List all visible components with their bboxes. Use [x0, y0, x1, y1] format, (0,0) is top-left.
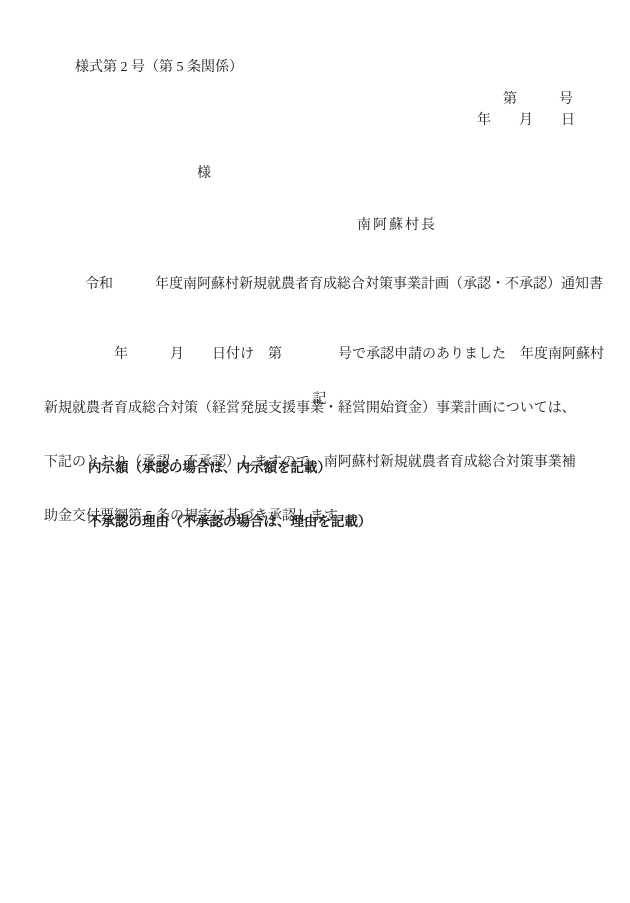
note-rejection-reason: 不承認の理由（不承認の場合は、理由を記載）	[88, 513, 372, 531]
document-title: 令和 年度南阿蘇村新規就農者育成総合対策事業計画（承認・不承認）通知書	[85, 277, 603, 292]
record-section-marker: 記	[44, 392, 595, 407]
document-page: 様式第 2 号（第 5 条関係） 第 号 年 月 日 様 南阿蘇村長 令和 年度…	[0, 0, 630, 903]
form-number-label: 様式第 2 号（第 5 条関係）	[75, 60, 243, 75]
addressee-suffix: 様	[197, 166, 211, 181]
note-approved-amount: 内示額（承認の場合は、内示額を記載）	[88, 459, 372, 477]
sender-name: 南阿蘇村長	[357, 218, 437, 233]
date-blank: 年 月 日	[477, 113, 575, 128]
document-number-blank: 第 号	[503, 92, 573, 107]
body-line-1: 年 月 日付け 第 号で承認申請のありました 年度南阿蘇村	[44, 346, 600, 364]
record-notes: 内示額（承認の場合は、内示額を記載） 不承認の理由（不承認の場合は、理由を記載）	[88, 423, 372, 567]
